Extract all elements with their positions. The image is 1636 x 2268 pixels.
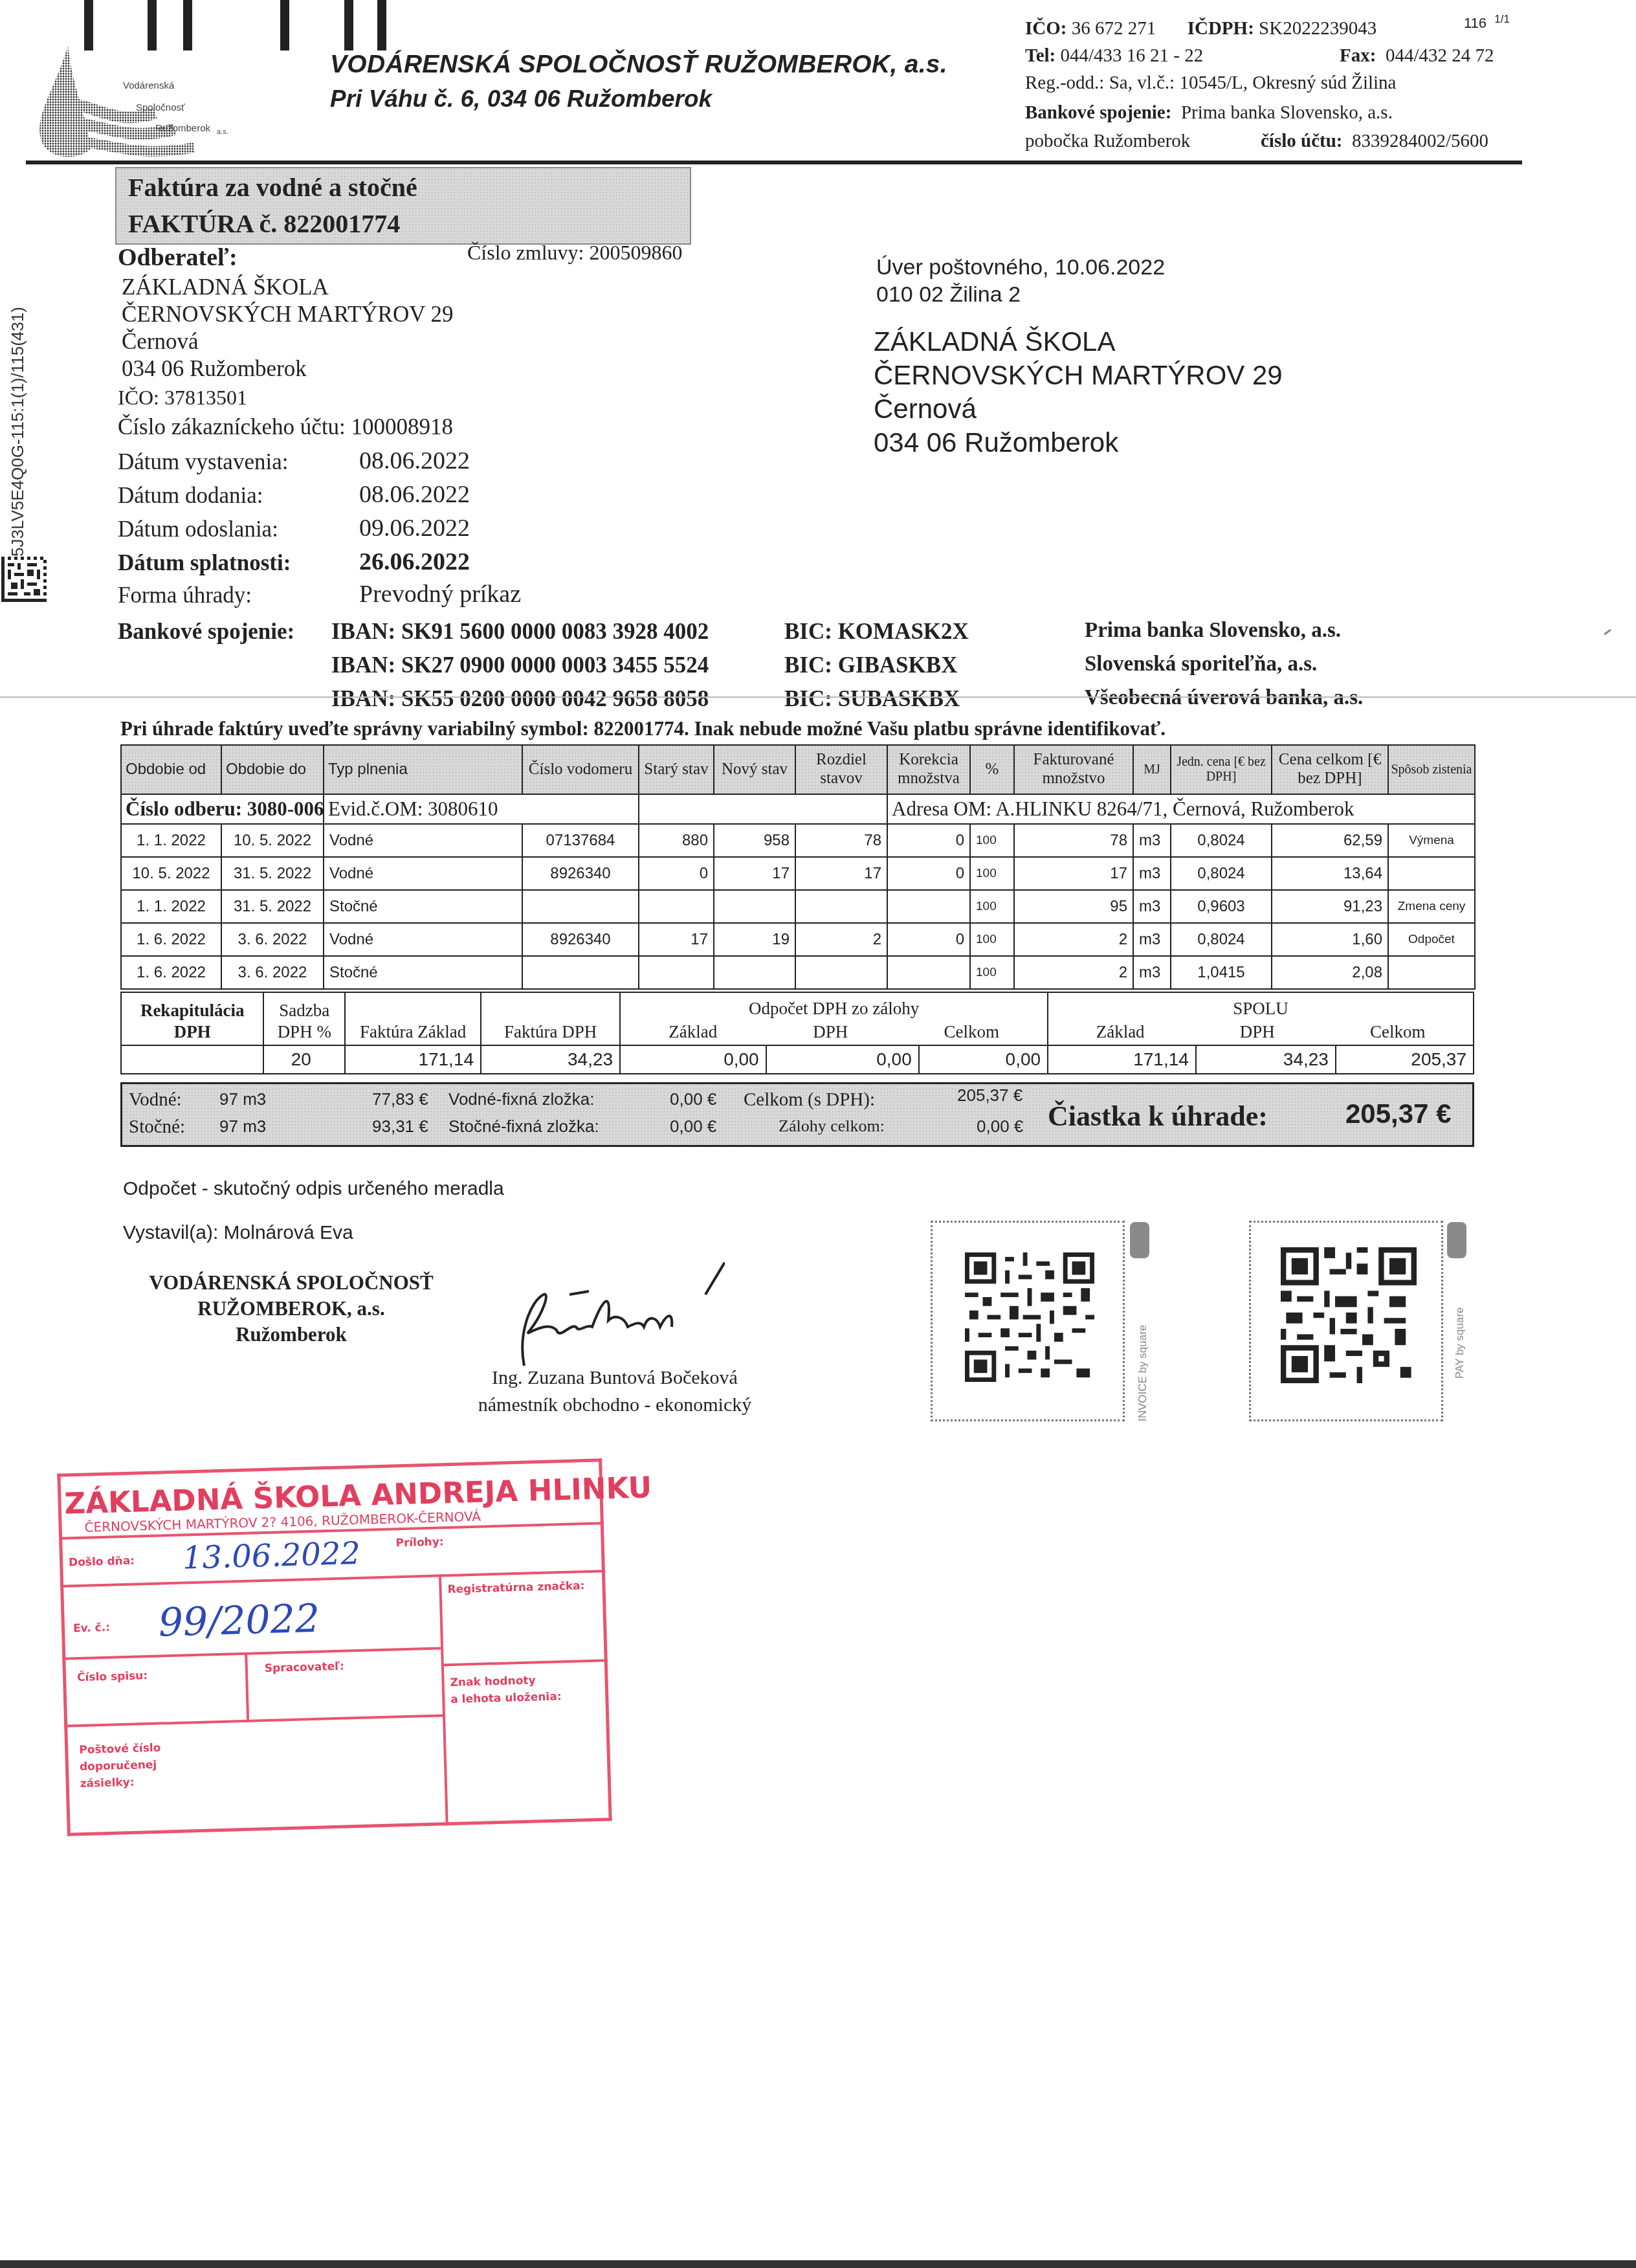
cell-old-reading [639, 956, 714, 989]
cell-percent: 100 [970, 824, 1014, 857]
cell-unit: m3 [1133, 890, 1171, 923]
customer-name: ZÁKLADNÁ ŠKOLA [122, 274, 329, 300]
payment-note: Pri úhrade faktúry uveďte správny variab… [120, 717, 1166, 740]
invoice-qr-box [931, 1221, 1125, 1421]
cell-new-reading: 19 [714, 923, 795, 956]
cell-method: Zmena ceny [1388, 890, 1475, 923]
cell-unit: m3 [1133, 923, 1171, 956]
table-row: 1. 1. 202210. 5. 2022Vodné07137684880958… [121, 824, 1475, 857]
cell-unit: m3 [1133, 857, 1171, 890]
recap-values: 20 171,14 34,23 0,00 0,00 0,00 171,14 34… [121, 1045, 1474, 1074]
card-icon [1447, 1222, 1466, 1258]
cell-supply-type: Stočné [324, 890, 522, 923]
cell-period-to: 3. 6. 2022 [221, 956, 324, 989]
evidence-entry: 99/2022 [158, 1596, 320, 1646]
cell-unit: m3 [1133, 824, 1171, 857]
cell-percent: 100 [970, 857, 1014, 890]
deposit-total: 0,00 [919, 1045, 1048, 1074]
cell-reading-diff [795, 890, 887, 923]
table-body: 1. 1. 202210. 5. 2022Vodné07137684880958… [121, 824, 1475, 989]
reading-note: Odpočet - skutočný odpis určeného meradl… [123, 1178, 504, 1200]
cell-unit-price: 0,8024 [1171, 923, 1272, 956]
cell-percent: 100 [970, 923, 1014, 956]
cell-old-reading: 0 [639, 857, 714, 890]
recipient-name: ZÁKLADNÁ ŠKOLA [874, 326, 1115, 357]
water-drop-icon [26, 39, 298, 162]
cell-period-from: 1. 1. 2022 [121, 890, 221, 923]
pay-qr-code-icon[interactable] [1281, 1247, 1417, 1383]
iban-1: IBAN: SK91 5600 0000 0083 3928 4002 [331, 619, 709, 645]
date-issued: 08.06.2022 [359, 447, 470, 475]
company-name: VODÁRENSKÁ SPOLOČNOSŤ RUŽOMBEROK, a.s. [330, 50, 947, 79]
signer-name: Ing. Zuzana Buntová Bočeková [466, 1364, 764, 1392]
iban-2: IBAN: SK27 0900 0000 0003 3455 5524 [331, 652, 709, 678]
deposit-base: 0,00 [620, 1045, 766, 1074]
cell-meter-number: 8926340 [522, 857, 639, 890]
cell-billed-qty: 2 [1014, 956, 1133, 989]
bic-2: BIC: GIBASKBX [784, 652, 957, 678]
cell-period-from: 1. 1. 2022 [121, 824, 221, 857]
customer-zip: 034 06 Ružomberok [122, 356, 307, 382]
cell-period-to: 10. 5. 2022 [221, 824, 324, 857]
registry-stamp: ZÁKLADNÁ ŠKOLA ANDREJA HLINKU ČERNOVSKÝC… [57, 1458, 612, 1836]
cell-unit: m3 [1133, 956, 1171, 989]
cell-percent: 100 [970, 890, 1014, 923]
cell-method [1388, 956, 1475, 989]
scan-code-text: 5J3LV5E4Q0G-115:1(1)/115(431) [5, 285, 31, 557]
received-date: 13.06.2022 [182, 1535, 360, 1577]
cell-unit-price: 0,8024 [1171, 824, 1272, 857]
cell-total-price: 62,59 [1272, 824, 1388, 857]
cell-period-to: 3. 6. 2022 [221, 923, 324, 956]
amount-due: 205,37 € [1345, 1098, 1452, 1129]
cell-billed-qty: 17 [1014, 857, 1133, 890]
company-address: Pri Váhu č. 6, 034 06 Ružomberok [330, 85, 712, 113]
signature-icon [479, 1262, 725, 1372]
company-account: číslo účtu: 8339284002/5600 [1261, 131, 1488, 152]
total-with-vat: 205,37 € [957, 1085, 1022, 1106]
cell-unit-price: 0,8024 [1171, 857, 1272, 890]
cell-total-price: 2,08 [1272, 956, 1388, 989]
datamatrix-icon [1, 557, 47, 602]
cell-new-reading: 17 [714, 857, 795, 890]
cell-correction: 0 [887, 857, 970, 890]
cell-correction: 0 [887, 824, 970, 857]
sewage-amount: 93,31 € [372, 1117, 428, 1137]
cell-billed-qty: 2 [1014, 923, 1133, 956]
evidence-number: Evid.č.OM: 3080610 [324, 794, 639, 824]
cell-old-reading: 17 [639, 923, 714, 956]
cell-supply-type: Vodné [324, 824, 522, 857]
signer-role: námestník obchodno - ekonomický [466, 1392, 764, 1419]
deposit-vat: 0,00 [766, 1045, 919, 1074]
cell-period-to: 31. 5. 2022 [221, 857, 324, 890]
cell-period-to: 31. 5. 2022 [221, 890, 324, 923]
company-signature-block: VODÁRENSKÁ SPOLOČNOSŤ RUŽOMBEROK, a.s. R… [116, 1270, 466, 1348]
bic-3: BIC: SUBASKBX [784, 686, 960, 712]
bic-1: BIC: KOMASK2X [784, 619, 969, 645]
customer-account: Číslo zákazníckeho účtu: 100008918 [118, 414, 453, 440]
scan-mark [1604, 629, 1611, 635]
cell-meter-number: 07137684 [522, 824, 639, 857]
cell-correction [887, 956, 970, 989]
invoice-base: 171,14 [345, 1045, 481, 1074]
recap-header: Rekapitulácia DPH Sadzba DPH % Faktúra Z… [121, 992, 1474, 1045]
cell-total-price: 1,60 [1272, 923, 1388, 956]
company-logo: Vodárenská Spoločnosť Ružomberok a.s. [26, 39, 298, 162]
cell-billed-qty: 95 [1014, 890, 1133, 923]
invoice-qr-code-icon[interactable] [965, 1252, 1094, 1382]
cell-unit-price: 0,9603 [1171, 890, 1272, 923]
customer-label: Odberateľ: [118, 243, 238, 272]
consumption-number: Číslo odberu: 3080-00610-0 [121, 794, 324, 824]
date-sent: 09.06.2022 [359, 514, 470, 542]
invoice-vat: 34,23 [481, 1045, 620, 1074]
vat-recap-table: Rekapitulácia DPH Sadzba DPH % Faktúra Z… [120, 992, 1474, 1074]
consumption-table: Obdobie od Obdobie do Typ plnenia Číslo … [120, 744, 1474, 990]
cell-period-from: 1. 6. 2022 [121, 956, 221, 989]
company-register: Reg.-odd.: Sa, vl.č.: 10545/L, Okresný s… [1025, 72, 1397, 94]
bank-2: Slovenská sporiteľňa, a.s. [1085, 652, 1317, 676]
postal-credit-line: Úver poštovného, 10.06.2022 [876, 255, 1165, 280]
cell-correction [887, 890, 970, 923]
table-row: 1. 6. 20223. 6. 2022Stočné1002m31,04152,… [121, 956, 1475, 989]
table-row: 10. 5. 202231. 5. 2022Vodné8926340017170… [121, 857, 1475, 890]
recipient-zip: 034 06 Ružomberok [874, 427, 1118, 458]
cell-new-reading: 958 [714, 824, 795, 857]
metering-point-row: Číslo odberu: 3080-00610-0 Evid.č.OM: 30… [121, 794, 1475, 824]
page-reference: 116 1/1 [1464, 13, 1510, 32]
cell-supply-type: Stočné [324, 956, 522, 989]
cell-period-from: 1. 6. 2022 [121, 923, 221, 956]
invoice-by-square-label: INVOICE by square [1136, 1325, 1149, 1421]
signer-block: Ing. Zuzana Buntová Bočeková námestník o… [466, 1364, 764, 1419]
company-fax: Fax: 044/432 24 72 [1340, 45, 1494, 67]
cell-reading-diff: 2 [795, 923, 887, 956]
company-bank: Bankové spojenie: Prima banka Slovensko,… [1025, 102, 1393, 124]
table-row: 1. 6. 20223. 6. 2022Vodné892634017192010… [121, 923, 1475, 956]
cell-meter-number [522, 956, 639, 989]
cell-reading-diff: 78 [795, 824, 887, 857]
invoice-document-icon [1130, 1222, 1149, 1258]
cell-meter-number: 8926340 [522, 923, 639, 956]
invoice-title: Faktúra za vodné a stočné [128, 172, 417, 203]
cell-total-price: 13,64 [1272, 857, 1388, 890]
company-branch: pobočka Ružomberok [1025, 131, 1190, 152]
cell-method [1388, 857, 1475, 890]
invoice-title-box: Faktúra za vodné a stočné FAKTÚRA č. 822… [115, 167, 691, 245]
table-row: 1. 1. 202231. 5. 2022Stočné10095m30,9603… [121, 890, 1475, 923]
water-amount: 77,83 € [372, 1089, 428, 1109]
cell-method: Výmena [1388, 824, 1475, 857]
recipient-city: Černová [874, 394, 977, 425]
table-header: Obdobie od Obdobie do Typ plnenia Číslo … [121, 745, 1475, 794]
cell-billed-qty: 78 [1014, 824, 1133, 857]
cell-old-reading [639, 890, 714, 923]
scan-bottom-edge [0, 2260, 1636, 2268]
date-due: 26.06.2022 [359, 548, 470, 576]
cell-percent: 100 [970, 956, 1014, 989]
cell-period-from: 10. 5. 2022 [121, 857, 221, 890]
company-ids: IČO: 36 672 271 IČDPH: SK2022239043 [1025, 18, 1376, 39]
total-vat: 34,23 [1196, 1045, 1336, 1074]
deposits-total: 0,00 € [977, 1117, 1023, 1137]
pay-by-square-label: PAY by square [1454, 1307, 1466, 1379]
iban-3: IBAN: SK55 0200 0000 0042 9658 8058 [331, 686, 709, 712]
cell-reading-diff [795, 956, 887, 989]
amount-due-label: Čiastka k úhrade: [1048, 1100, 1268, 1133]
scan-fold-line [0, 696, 1636, 698]
customer-ico: IČO: 37813501 [118, 386, 247, 410]
cell-new-reading [714, 956, 795, 989]
cell-old-reading: 880 [639, 824, 714, 857]
payment-method: Prevodný príkaz [359, 580, 521, 608]
header-divider [26, 161, 1522, 164]
company-phone: Tel: 044/433 16 21 - 22 [1025, 45, 1203, 67]
cell-correction: 0 [887, 923, 970, 956]
bank-1: Prima banka Slovensko, a.s. [1085, 619, 1341, 643]
cell-meter-number [522, 890, 639, 923]
postal-office: 010 02 Žilina 2 [876, 282, 1021, 307]
cell-new-reading [714, 890, 795, 923]
cell-supply-type: Vodné [324, 857, 522, 890]
bank-3: Všeobecná úverová banka, a.s. [1085, 686, 1363, 710]
total-base: 171,14 [1048, 1045, 1196, 1074]
date-delivered: 08.06.2022 [359, 480, 470, 509]
cell-reading-diff: 17 [795, 857, 887, 890]
pay-qr-box [1249, 1221, 1443, 1421]
metering-address: Adresa OM: A.HLINKU 8264/71, Černová, Ru… [887, 794, 1475, 824]
cell-total-price: 91,23 [1272, 890, 1388, 923]
customer-street: ČERNOVSKÝCH MARTÝROV 29 [122, 302, 454, 328]
invoice-number: FAKTÚRA č. 822001774 [128, 208, 400, 239]
summary-box: Vodné: 97 m3 77,83 € Vodné-fixná zložka:… [120, 1082, 1474, 1147]
contract-number: Číslo zmluvy: 200509860 [467, 241, 682, 265]
issued-by: Vystavil(a): Molnárová Eva [123, 1222, 353, 1244]
vat-rate: 20 [263, 1045, 345, 1074]
recipient-street: ČERNOVSKÝCH MARTÝROV 29 [874, 360, 1283, 391]
cell-unit-price: 1,0415 [1171, 956, 1272, 989]
cell-method: Odpočet [1388, 923, 1475, 956]
total-amount: 205,37 [1336, 1045, 1474, 1074]
cell-supply-type: Vodné [324, 923, 522, 956]
customer-city: Černová [122, 329, 199, 355]
